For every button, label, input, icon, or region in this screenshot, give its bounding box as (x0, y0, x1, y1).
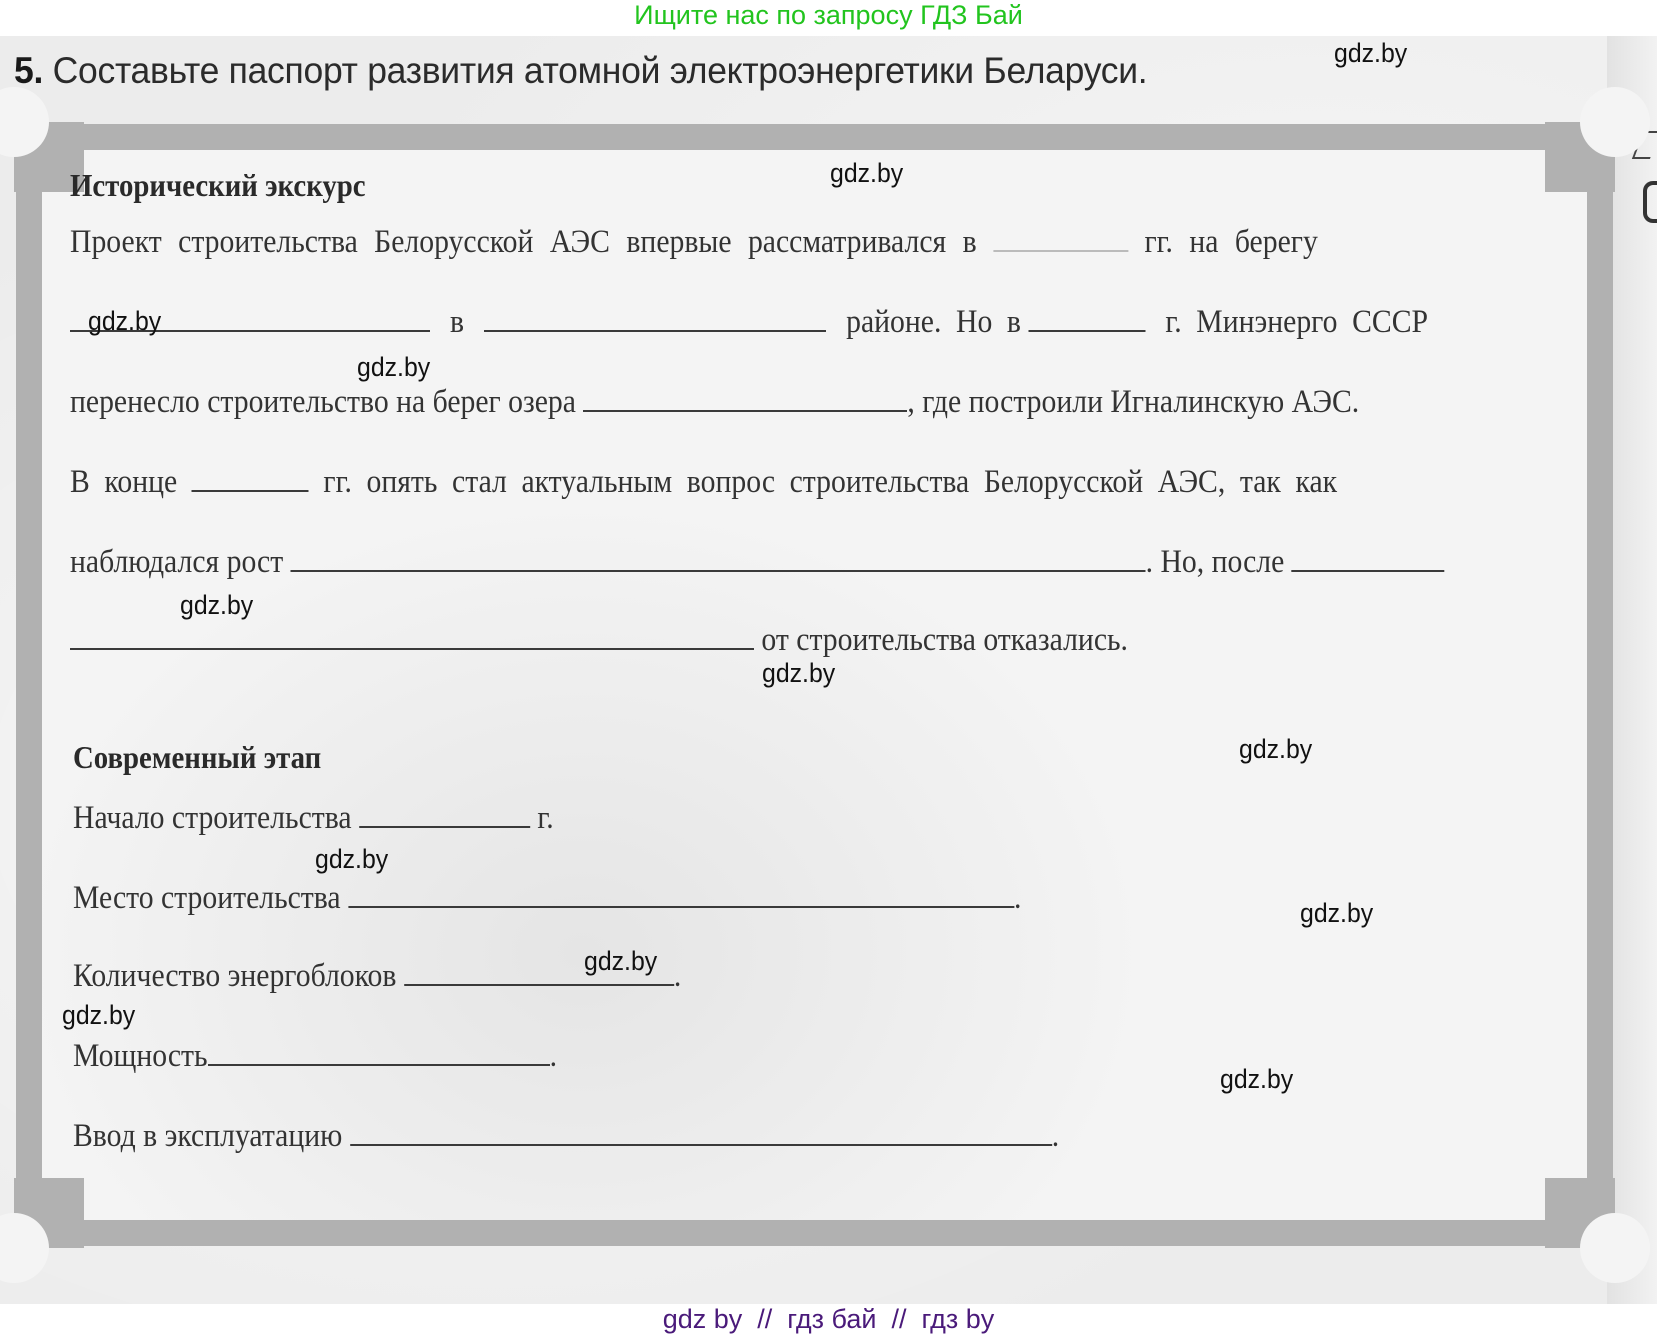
passport-content: Исторический экскурс gdz.by Проект строи… (0, 36, 1657, 1304)
history-line-1: Проект строительства Белорусской АЭС впе… (70, 222, 1318, 261)
decade-blank[interactable] (192, 462, 309, 492)
year-transfer-blank[interactable] (1028, 302, 1145, 332)
event-continued-blank[interactable] (70, 620, 754, 650)
lake-name-blank[interactable] (583, 382, 907, 412)
history-line-2: в районе. Но в г. Минэнерго СССР (70, 302, 1428, 341)
top-banner-text: Ищите нас по запросу ГДЗ Бай (634, 0, 1023, 30)
watermark: gdz.by (830, 158, 903, 189)
field-commissioning: Ввод в эксплуатацию . (73, 1116, 1059, 1155)
district-blank[interactable] (484, 302, 826, 332)
watermark: gdz.by (180, 590, 253, 621)
field-construction-start: Начало строительства г. (73, 798, 554, 837)
watermark: gdz.by (1300, 898, 1373, 929)
section-heading-modern: Современный этап (73, 739, 321, 776)
construction-site-input[interactable] (348, 878, 1014, 908)
history-line-6: от строительства отказались. (70, 620, 1128, 659)
watermark: gdz.by (315, 844, 388, 875)
history-line-3: перенесло строительство на берег озера ,… (70, 382, 1359, 421)
watermark: gdz.by (1239, 734, 1312, 765)
history-line-5: наблюдался рост . Но, после (70, 542, 1445, 581)
event-blank[interactable] (1292, 542, 1445, 572)
bottom-banner: gdz by // гдз бай // гдз by (0, 1304, 1657, 1337)
top-banner: Ищите нас по запросу ГДЗ Бай (0, 0, 1657, 36)
construction-start-input[interactable] (359, 798, 530, 828)
watermark: gdz.by (584, 946, 657, 977)
field-capacity: Мощность. (73, 1036, 557, 1075)
section-heading-historical: Исторический экскурс (70, 167, 366, 204)
field-construction-site: Место строительства . (73, 878, 1021, 917)
watermark: gdz.by (357, 352, 430, 383)
watermark: gdz.by (1220, 1064, 1293, 1095)
workbook-page: 5. Составьте паспорт развития атомной эл… (0, 36, 1657, 1304)
watermark: gdz.by (762, 658, 835, 689)
watermark: gdz.by (88, 306, 161, 337)
commissioning-input[interactable] (350, 1116, 1052, 1146)
watermark: gdz.by (62, 1000, 135, 1031)
years-first-considered-blank[interactable] (993, 222, 1128, 252)
bottom-banner-text: gdz by // гдз бай // гдз by (663, 1304, 995, 1334)
growth-reason-blank[interactable] (291, 542, 1146, 572)
capacity-input[interactable] (208, 1036, 550, 1066)
history-line-4: В конце гг. опять стал актуальным вопрос… (70, 462, 1337, 501)
